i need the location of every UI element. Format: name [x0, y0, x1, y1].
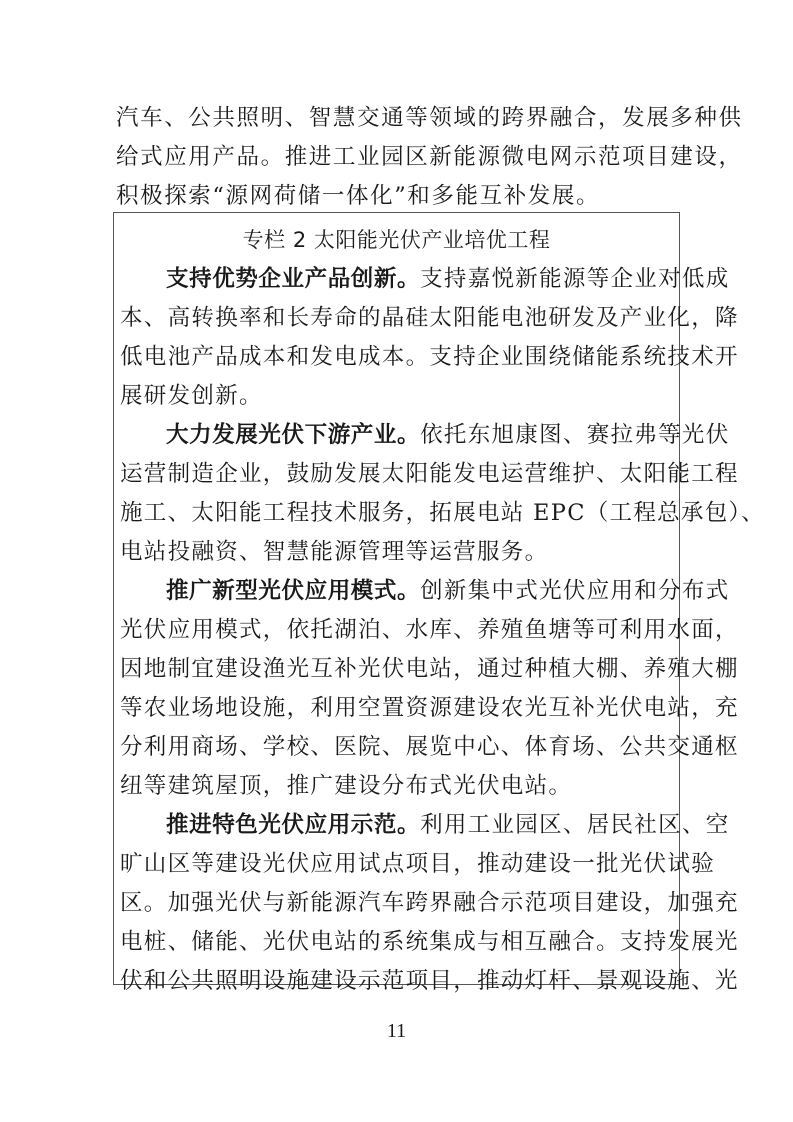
paragraph-product-innovation: 支持优势企业产品创新。支持嘉悦新能源等企业对低成 本、高转换率和长寿命的晶硅太阳…: [120, 260, 676, 416]
text-line: 推广新型光伏应用模式。创新集中式光伏应用和分布式: [120, 572, 676, 611]
text-line: 积极探索“源网荷储一体化”和多能互补发展。: [116, 177, 680, 216]
box-body: 支持优势企业产品创新。支持嘉悦新能源等企业对低成 本、高转换率和长寿命的晶硅太阳…: [120, 260, 676, 1001]
text-line: 本、高转换率和长寿命的晶硅太阳能电池研发及产业化，降: [120, 299, 676, 338]
text-span: 创新集中式光伏应用和分布式: [420, 578, 729, 604]
text-line: 支持优势企业产品创新。支持嘉悦新能源等企业对低成: [120, 260, 676, 299]
text-line: 电桩、储能、光伏电站的系统集成与相互融合。支持发展光: [120, 923, 676, 962]
text-line: 旷山区等建设光伏应用试点项目，推动建设一批光伏试验: [120, 845, 676, 884]
paragraph-heading: 推进特色光伏应用示范。: [166, 812, 420, 838]
text-line: 光伏应用模式，依托湖泊、水库、养殖鱼塘等可利用水面，: [120, 611, 676, 650]
text-line: 推进特色光伏应用示范。利用工业园区、居民社区、空: [120, 806, 676, 845]
paragraph-heading: 推广新型光伏应用模式。: [166, 578, 420, 604]
document-page: 汽车、公共照明、智慧交通等领域的跨界融合，发展多种供 给式应用产品。推进工业园区…: [0, 0, 793, 1122]
text-line: 汽车、公共照明、智慧交通等领域的跨界融合，发展多种供: [116, 99, 680, 138]
text-line: 分利用商场、学校、医院、展览中心、体育场、公共交通枢: [120, 728, 676, 767]
paragraph-new-application-mode: 推广新型光伏应用模式。创新集中式光伏应用和分布式 光伏应用模式，依托湖泊、水库、…: [120, 572, 676, 806]
text-line: 运营制造企业，鼓励发展太阳能发电运营维护、太阳能工程: [120, 455, 676, 494]
paragraph-heading: 大力发展光伏下游产业。: [166, 422, 420, 448]
text-line: 伏和公共照明设施建设示范项目，推动灯杆、景观设施、光: [120, 962, 676, 1001]
page-number: 11: [0, 1020, 793, 1043]
paragraph-demonstration: 推进特色光伏应用示范。利用工业园区、居民社区、空 旷山区等建设光伏应用试点项目，…: [120, 806, 676, 1001]
text-line: 纽等建筑屋顶，推广建设分布式光伏电站。: [120, 767, 676, 806]
text-span: 支持嘉悦新能源等企业对低成: [420, 266, 729, 292]
text-line: 施工、太阳能工程技术服务，拓展电站 EPC（工程总承包）、: [120, 494, 676, 533]
paragraph-downstream-industry: 大力发展光伏下游产业。依托东旭康图、赛拉弗等光伏 运营制造企业，鼓励发展太阳能发…: [120, 416, 676, 572]
text-line: 等农业场地设施，利用空置资源建设农光互补光伏电站，充: [120, 689, 676, 728]
text-line: 低电池产品成本和发电成本。支持企业围绕储能系统技术开: [120, 338, 676, 377]
paragraph-heading: 支持优势企业产品创新。: [166, 266, 420, 292]
text-line: 区。加强光伏与新能源汽车跨界融合示范项目建设，加强充: [120, 884, 676, 923]
text-line: 电站投融资、智慧能源管理等运营服务。: [120, 533, 676, 572]
text-line: 因地制宜建设渔光互补光伏电站，通过种植大棚、养殖大棚: [120, 650, 676, 689]
text-line: 给式应用产品。推进工业园区新能源微电网示范项目建设，: [116, 138, 680, 177]
text-span: 依托东旭康图、赛拉弗等光伏: [420, 422, 729, 448]
intro-paragraph: 汽车、公共照明、智慧交通等领域的跨界融合，发展多种供 给式应用产品。推进工业园区…: [116, 99, 680, 216]
text-line: 大力发展光伏下游产业。依托东旭康图、赛拉弗等光伏: [120, 416, 676, 455]
text-span: 利用工业园区、居民社区、空: [420, 812, 729, 838]
text-line: 展研发创新。: [120, 377, 676, 416]
box-title: 专栏 2 太阳能光伏产业培优工程: [114, 223, 679, 257]
column-box: 专栏 2 太阳能光伏产业培优工程 支持优势企业产品创新。支持嘉悦新能源等企业对低…: [113, 212, 680, 985]
